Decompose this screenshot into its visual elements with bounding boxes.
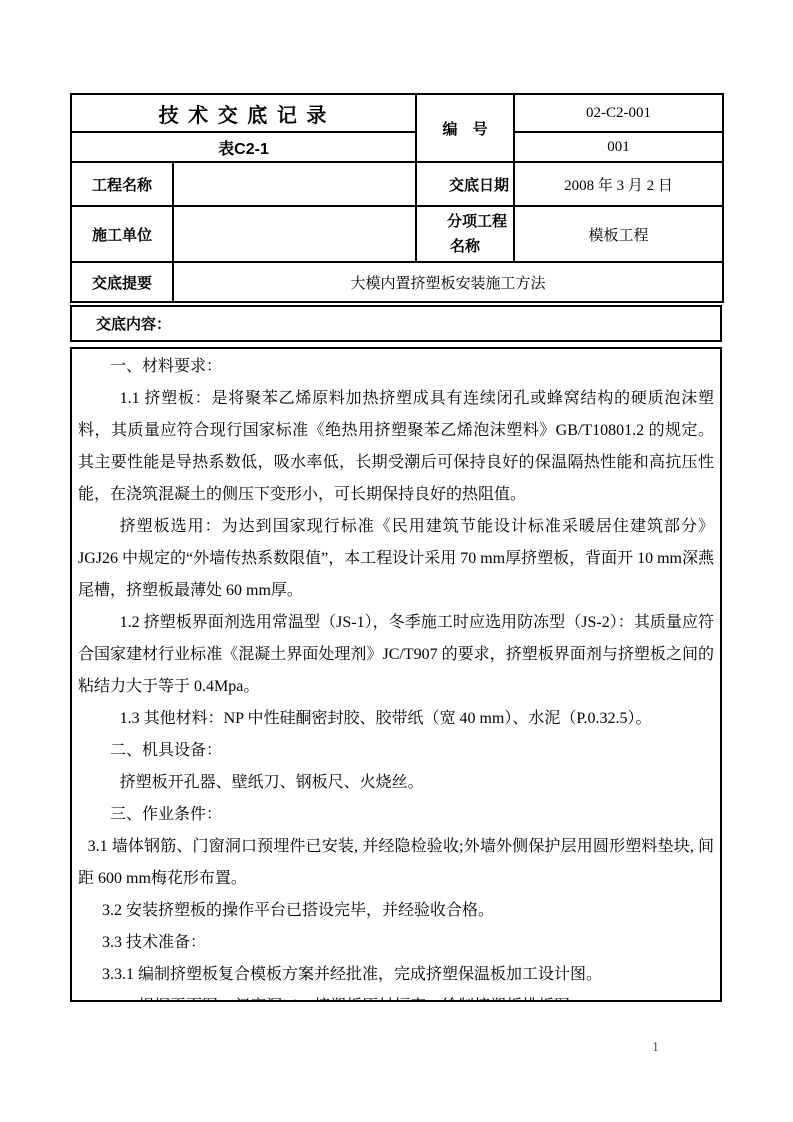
content-paragraph: 3.3.1 编制挤塑板复合模板方案并经批准，完成挤塑保温板加工设计图。	[78, 959, 714, 991]
content-paragraph: 3.1 墙体钢筋、门窗洞口预埋件已安装, 并经隐检验收;外墙外侧保护层用圆形塑料…	[78, 831, 714, 895]
document-page: 技 术 交 底 记 录 编 号 02-C2-001 表C2-1 001 工程名称…	[0, 0, 793, 1122]
summary-value: 大模内置挤塑板安装施工方法	[173, 262, 723, 302]
construction-unit-label: 施工单位	[71, 206, 173, 262]
sub-project-label: 分项工程名称	[416, 206, 514, 262]
construction-unit-value	[173, 206, 416, 262]
header-table: 技 术 交 底 记 录 编 号 02-C2-001 表C2-1 001 工程名称…	[70, 93, 724, 303]
project-name-value	[173, 162, 416, 206]
date-value: 2008 年 3 月 2 日	[514, 162, 723, 206]
content-paragraph: 三、作业条件：	[78, 799, 714, 831]
content-paragraph: 3.2 安装挤塑板的操作平台已搭设完毕，并经验收合格。	[78, 895, 714, 927]
content-paragraph: 挤塑板选用：为达到国家现行标准《民用建筑节能设计标准采暖居住建筑部分》JGJ26…	[78, 511, 714, 607]
form-code: 表C2-1	[71, 132, 416, 162]
content-box: 一、材料要求： 1.1 挤塑板：是将聚苯乙烯原料加热挤塑成具有连续闭孔或蜂窝结构…	[70, 347, 722, 1002]
content-paragraph: 3.3 技术准备：	[78, 927, 714, 959]
content-paragraph: 1.2 挤塑板界面剂选用常温型（JS-1），冬季施工时应选用防冻型（JS-2）：…	[78, 607, 714, 703]
content-section-row: 交底内容：	[70, 305, 722, 342]
content-paragraph: 挤塑板开孔器、壁纸刀、钢板尺、火烧丝。	[78, 767, 714, 799]
content-paragraph: 二、机具设备：	[78, 735, 714, 767]
document-title: 技 术 交 底 记 录	[71, 94, 416, 132]
date-label: 交底日期	[416, 162, 514, 206]
content-paragraph: 一、材料要求：	[78, 351, 714, 383]
content-paragraph: 1.3 其他材料：NP 中性硅酮密封胶、胶带纸（宽 40 mm）、水泥（P.0.…	[78, 703, 714, 735]
summary-label: 交底提要	[71, 262, 173, 302]
content-paragraph: 1.1 挤塑板：是将聚苯乙烯原料加热挤塑成具有连续闭孔或蜂窝结构的硬质泡沫塑料，…	[78, 383, 714, 511]
content-section-label: 交底内容：	[72, 313, 171, 334]
page-number: 1	[652, 1040, 659, 1056]
content-paragraph: 3.3.2 根据平面图、门窗洞口、挤塑板原材幅宽，绘制挤塑板排板图。	[78, 991, 714, 1002]
project-name-label: 工程名称	[71, 162, 173, 206]
sub-project-value: 模板工程	[514, 206, 723, 262]
number-label: 编 号	[416, 94, 514, 162]
number-value-primary: 02-C2-001	[514, 94, 723, 132]
number-value-secondary: 001	[514, 132, 723, 162]
